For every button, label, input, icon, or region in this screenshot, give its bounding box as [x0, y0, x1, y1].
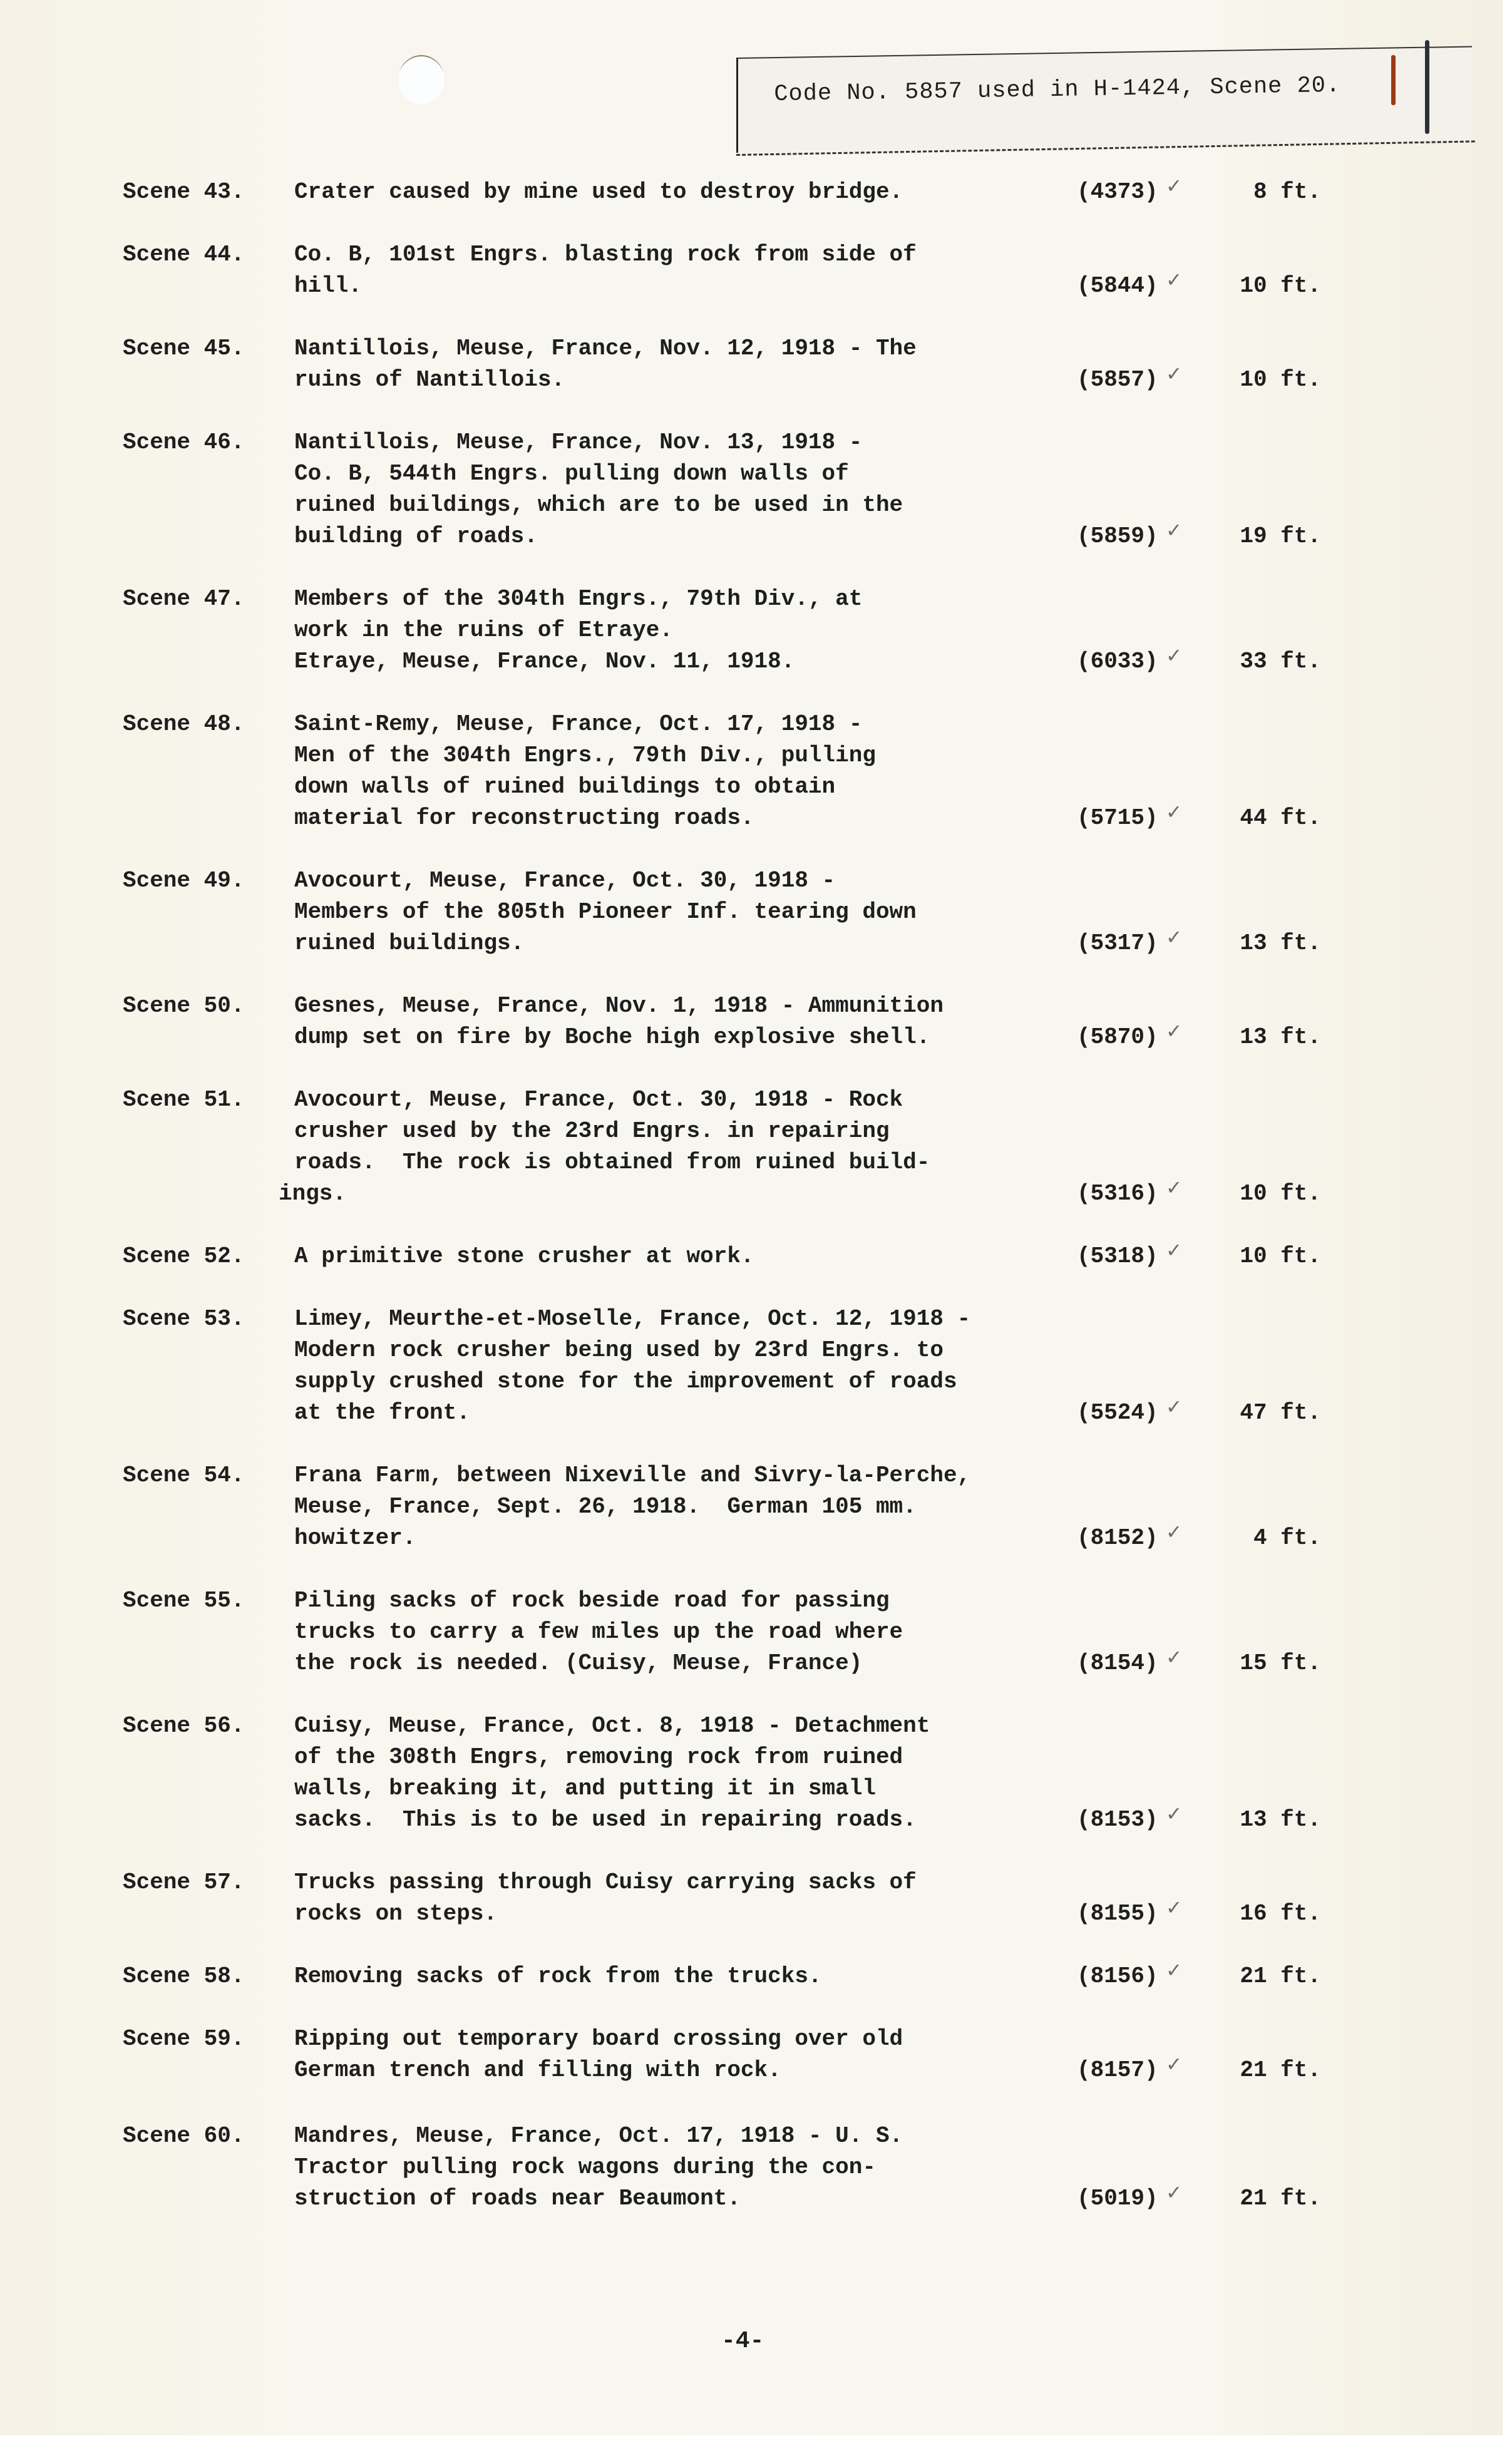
scene-entry: Scene 45.Nantillois, Meuse, France, Nov.…: [0, 333, 1503, 396]
scene-entry: Scene 59.Ripping out temporary board cro…: [0, 2023, 1503, 2086]
scene-description-line: Ripping out temporary board crossing ove…: [294, 2023, 903, 2055]
scene-label: Scene 59.: [123, 2023, 244, 2055]
scene-description-line: A primitive stone crusher at work.: [294, 1241, 754, 1272]
scene-description-line: roads. The rock is obtained from ruined …: [294, 1147, 930, 1178]
film-code-number: (5318): [1077, 1241, 1158, 1272]
scene-label: Scene 55.: [123, 1585, 244, 1617]
check-mark-icon: ✓: [1167, 1799, 1181, 1831]
scene-label: Scene 44.: [123, 239, 244, 270]
footage-length: 10 ft.: [1240, 1241, 1321, 1272]
scene-label: Scene 57.: [123, 1867, 244, 1898]
film-code-number: (5857): [1077, 364, 1158, 396]
film-code-number: (8155): [1077, 1898, 1158, 1930]
scene-description-line: Gesnes, Meuse, France, Nov. 1, 1918 - Am…: [294, 990, 944, 1022]
footage-length: 8 ft.: [1253, 177, 1321, 208]
scene-description-line: Co. B, 544th Engrs. pulling down walls o…: [294, 458, 849, 490]
scene-description-line: at the front.: [294, 1397, 470, 1429]
scene-description-line: Meuse, France, Sept. 26, 1918. German 10…: [294, 1491, 917, 1523]
scene-description-line: ruined buildings.: [294, 928, 524, 959]
film-code-number: (5870): [1077, 1022, 1158, 1053]
scene-entry: Scene 47.Members of the 304th Engrs., 79…: [0, 584, 1503, 677]
film-code-number: (5019): [1077, 2183, 1158, 2214]
scene-description-line: sacks. This is to be used in repairing r…: [294, 1804, 917, 1836]
check-mark-icon: ✓: [1167, 798, 1181, 829]
scene-entry: Scene 44.Co. B, 101st Engrs. blasting ro…: [0, 239, 1503, 302]
scene-description-line: building of roads.: [294, 521, 538, 552]
check-mark-icon: ✓: [1167, 2178, 1181, 2209]
scene-description-line: work in the ruins of Etraye.: [294, 615, 673, 646]
check-mark-icon: ✓: [1167, 641, 1181, 672]
scene-description-line: dump set on fire by Boche high explosive…: [294, 1022, 930, 1053]
rust-stain: [1391, 55, 1396, 105]
scene-description-line: rocks on steps.: [294, 1898, 497, 1930]
scene-label: Scene 56.: [123, 1710, 244, 1742]
scene-description-line: Members of the 304th Engrs., 79th Div., …: [294, 584, 862, 615]
scene-entry: Scene 55.Piling sacks of rock beside roa…: [0, 1585, 1503, 1679]
scene-description-line: howitzer.: [294, 1523, 416, 1554]
scene-description-line: Crater caused by mine used to destroy br…: [294, 177, 903, 208]
scene-description-line: Nantillois, Meuse, France, Nov. 13, 1918…: [294, 427, 862, 458]
scene-description-line: Mandres, Meuse, France, Oct. 17, 1918 - …: [294, 2121, 903, 2152]
scene-description-line: Avocourt, Meuse, France, Oct. 30, 1918 -: [294, 865, 835, 897]
check-mark-icon: ✓: [1167, 1956, 1181, 1987]
scene-description-line: Frana Farm, between Nixeville and Sivry-…: [294, 1460, 970, 1491]
scene-label: Scene 58.: [123, 1961, 244, 1992]
scene-label: Scene 46.: [123, 427, 244, 458]
scene-description-line: hill.: [294, 270, 362, 302]
footage-length: 13 ft.: [1240, 928, 1321, 959]
scene-entry: Scene 52.A primitive stone crusher at wo…: [0, 1241, 1503, 1272]
film-code-number: (8156): [1077, 1961, 1158, 1992]
footage-length: 21 ft.: [1240, 1961, 1321, 1992]
footage-length: 16 ft.: [1240, 1898, 1321, 1930]
check-mark-icon: ✓: [1167, 172, 1181, 203]
scene-description-line: Avocourt, Meuse, France, Oct. 30, 1918 -…: [294, 1084, 903, 1116]
film-code-number: (5317): [1077, 928, 1158, 959]
check-mark-icon: ✓: [1167, 1518, 1181, 1549]
scene-entry: Scene 49.Avocourt, Meuse, France, Oct. 3…: [0, 865, 1503, 959]
scene-description-line: German trench and filling with rock.: [294, 2055, 781, 2086]
straight-pin-icon: [1425, 40, 1429, 134]
scene-label: Scene 52.: [123, 1241, 244, 1272]
scene-description-line: supply crushed stone for the improvement…: [294, 1366, 957, 1397]
footage-length: 44 ft.: [1240, 803, 1321, 834]
scene-description-line: walls, breaking it, and putting it in sm…: [294, 1773, 876, 1804]
check-mark-icon: ✓: [1167, 923, 1181, 954]
scene-description-line: Removing sacks of rock from the trucks.: [294, 1961, 822, 1992]
punch-hole: [398, 55, 445, 104]
footage-length: 10 ft.: [1240, 364, 1321, 396]
scene-entry: Scene 51.Avocourt, Meuse, France, Oct. 3…: [0, 1084, 1503, 1210]
scene-entry: Scene 46.Nantillois, Meuse, France, Nov.…: [0, 427, 1503, 552]
scene-description-line: down walls of ruined buildings to obtain: [294, 771, 835, 803]
scene-description-line: ings.: [279, 1178, 346, 1210]
film-code-number: (5715): [1077, 803, 1158, 834]
scene-description-line: Saint-Remy, Meuse, France, Oct. 17, 1918…: [294, 709, 862, 740]
check-mark-icon: ✓: [1167, 359, 1181, 391]
scene-description-line: the rock is needed. (Cuisy, Meuse, Franc…: [294, 1648, 862, 1679]
check-mark-icon: ✓: [1167, 265, 1181, 297]
scene-description-line: trucks to carry a few miles up the road …: [294, 1617, 903, 1648]
scene-label: Scene 53.: [123, 1303, 244, 1335]
scene-entry: Scene 53.Limey, Meurthe-et-Moselle, Fran…: [0, 1303, 1503, 1429]
scene-entry: Scene 54.Frana Farm, between Nixeville a…: [0, 1460, 1503, 1554]
film-code-number: (8153): [1077, 1804, 1158, 1836]
scene-description-line: Men of the 304th Engrs., 79th Div., pull…: [294, 740, 876, 771]
scene-label: Scene 60.: [123, 2121, 244, 2152]
scene-entry: Scene 58.Removing sacks of rock from the…: [0, 1961, 1503, 1992]
scene-entry: Scene 56.Cuisy, Meuse, France, Oct. 8, 1…: [0, 1710, 1503, 1836]
scene-label: Scene 48.: [123, 709, 244, 740]
scene-entry: Scene 57.Trucks passing through Cuisy ca…: [0, 1867, 1503, 1930]
footage-length: 13 ft.: [1240, 1804, 1321, 1836]
film-code-number: (5859): [1077, 521, 1158, 552]
scene-description-line: Tractor pulling rock wagons during the c…: [294, 2152, 876, 2183]
footage-length: 21 ft.: [1240, 2183, 1321, 2214]
scene-description-line: crusher used by the 23rd Engrs. in repai…: [294, 1116, 890, 1147]
scene-description-line: of the 308th Engrs, removing rock from r…: [294, 1742, 903, 1773]
check-mark-icon: ✓: [1167, 1643, 1181, 1674]
check-mark-icon: ✓: [1167, 2050, 1181, 2081]
footage-length: 21 ft.: [1240, 2055, 1321, 2086]
check-mark-icon: ✓: [1167, 1392, 1181, 1424]
scene-label: Scene 47.: [123, 584, 244, 615]
scene-entry: Scene 50.Gesnes, Meuse, France, Nov. 1, …: [0, 990, 1503, 1053]
footage-length: 10 ft.: [1240, 1178, 1321, 1210]
film-code-number: (4373): [1077, 177, 1158, 208]
scene-label: Scene 43.: [123, 177, 244, 208]
document-page: Code No. 5857 used in H-1424, Scene 20. …: [0, 0, 1503, 2435]
scene-description-line: Modern rock crusher being used by 23rd E…: [294, 1335, 944, 1366]
footage-length: 4 ft.: [1253, 1523, 1321, 1554]
scene-description-line: Etraye, Meuse, France, Nov. 11, 1918.: [294, 646, 795, 677]
scene-entry: Scene 43.Crater caused by mine used to d…: [0, 177, 1503, 208]
scene-entry: Scene 48.Saint-Remy, Meuse, France, Oct.…: [0, 709, 1503, 834]
scene-description-line: Limey, Meurthe-et-Moselle, France, Oct. …: [294, 1303, 970, 1335]
scene-description-line: ruined buildings, which are to be used i…: [294, 490, 903, 521]
page-number: -4-: [721, 2328, 764, 2355]
footage-length: 15 ft.: [1240, 1648, 1321, 1679]
scene-description-line: Nantillois, Meuse, France, Nov. 12, 1918…: [294, 333, 917, 364]
scene-description-line: Co. B, 101st Engrs. blasting rock from s…: [294, 239, 917, 270]
film-code-number: (5844): [1077, 270, 1158, 302]
footage-length: 19 ft.: [1240, 521, 1321, 552]
check-mark-icon: ✓: [1167, 1173, 1181, 1205]
scene-description-line: ruins of Nantillois.: [294, 364, 565, 396]
scene-label: Scene 49.: [123, 865, 244, 897]
scene-label: Scene 54.: [123, 1460, 244, 1491]
film-code-number: (5524): [1077, 1397, 1158, 1429]
scene-description-line: Trucks passing through Cuisy carrying sa…: [294, 1867, 917, 1898]
footage-length: 13 ft.: [1240, 1022, 1321, 1053]
scene-entry: Scene 60.Mandres, Meuse, France, Oct. 17…: [0, 2121, 1503, 2214]
footage-length: 33 ft.: [1240, 646, 1321, 677]
check-mark-icon: ✓: [1167, 1017, 1181, 1048]
scene-description-line: material for reconstructing roads.: [294, 803, 754, 834]
footage-length: 47 ft.: [1240, 1397, 1321, 1429]
film-code-number: (5316): [1077, 1178, 1158, 1210]
check-mark-icon: ✓: [1167, 516, 1181, 547]
footage-length: 10 ft.: [1240, 270, 1321, 302]
check-mark-icon: ✓: [1167, 1893, 1181, 1925]
film-code-number: (8152): [1077, 1523, 1158, 1554]
scene-description-line: Piling sacks of rock beside road for pas…: [294, 1585, 890, 1617]
scene-label: Scene 51.: [123, 1084, 244, 1116]
scene-description-line: Members of the 805th Pioneer Inf. tearin…: [294, 897, 917, 928]
film-code-number: (6033): [1077, 646, 1158, 677]
scene-label: Scene 45.: [123, 333, 244, 364]
scene-label: Scene 50.: [123, 990, 244, 1022]
film-code-number: (8157): [1077, 2055, 1158, 2086]
scene-description-line: Cuisy, Meuse, France, Oct. 8, 1918 - Det…: [294, 1710, 930, 1742]
film-code-number: (8154): [1077, 1648, 1158, 1679]
check-mark-icon: ✓: [1167, 1236, 1181, 1267]
scene-description-line: struction of roads near Beaumont.: [294, 2183, 741, 2214]
